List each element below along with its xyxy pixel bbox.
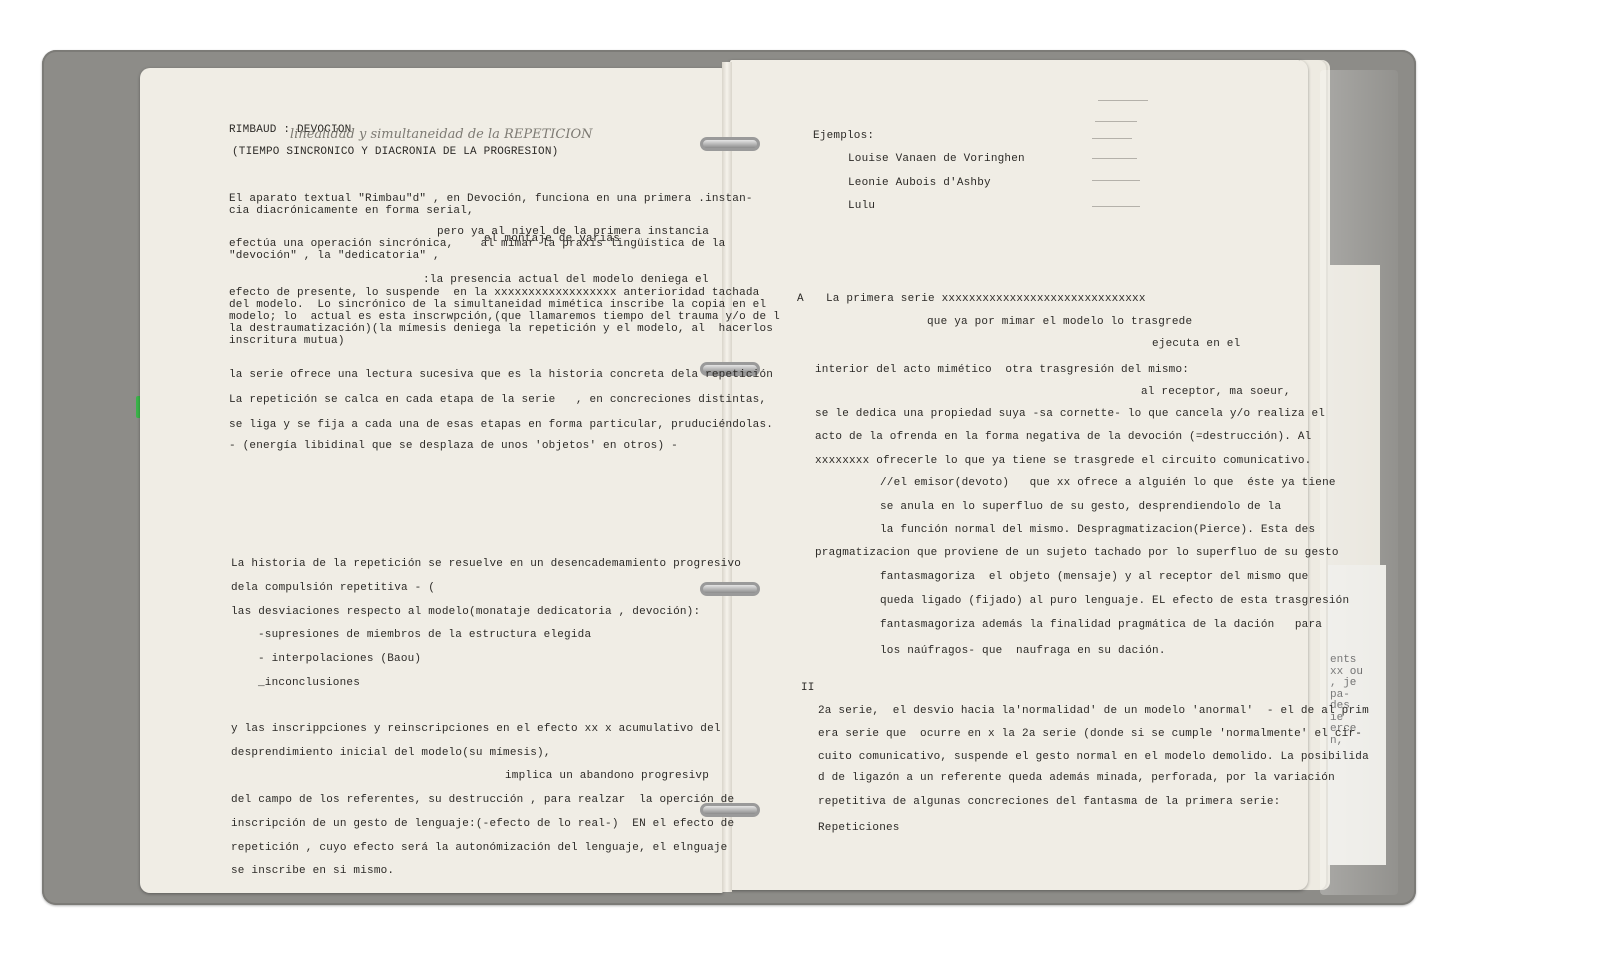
left-body-line: - (energía libidinal que se desplaza de … bbox=[229, 440, 678, 452]
section-a-line: los naúfragos- que naufraga en su dación… bbox=[880, 645, 1166, 657]
left-body-line: efecto de presente, lo suspende en la xx… bbox=[229, 287, 759, 299]
section-a-label: A bbox=[797, 293, 804, 305]
left-body-line: cia diacrónicamente en forma serial, bbox=[229, 205, 474, 217]
section-ii-line: 2a serie, el desvio hacia la'normalidad'… bbox=[818, 705, 1369, 717]
left-body-line: El aparato textual "Rimbau"d" , en Devoc… bbox=[229, 193, 753, 205]
examples-heading: Ejemplos: bbox=[813, 130, 874, 142]
section-a-line: se anula en lo superfluo de su gesto, de… bbox=[880, 501, 1281, 513]
left-body-line: las desviaciones respecto al modelo(mona… bbox=[231, 606, 700, 618]
section-a-line: que ya por mimar el modelo lo trasgrede bbox=[927, 316, 1192, 328]
left-body-line: implica un abandono progresivp bbox=[505, 770, 709, 782]
handwritten-annotation: linealidad y simultaneidad de la REPETIC… bbox=[290, 127, 593, 142]
left-body-line: dela compulsión repetitiva - ( bbox=[231, 582, 435, 594]
section-a-line: fantasmagoriza el objeto (mensaje) y al … bbox=[880, 571, 1308, 583]
left-body-line: el montaje de varias bbox=[484, 233, 620, 245]
binder-gutter bbox=[722, 62, 732, 892]
binder-ring bbox=[700, 582, 760, 596]
example-item: Lulu bbox=[848, 200, 875, 212]
left-body-line: se inscribe en si mismo. bbox=[231, 865, 394, 877]
left-body-line: la destraumatización)(la mímesis deniega… bbox=[229, 323, 773, 335]
section-a-line: pragmatizacion que proviene de un sujeto… bbox=[815, 547, 1339, 559]
section-a-line: se le dedica una propiedad suya -sa corn… bbox=[815, 408, 1325, 420]
section-a-line: xxxxxxxx ofrecerle lo que ya tiene se tr… bbox=[815, 455, 1311, 467]
binder-ring bbox=[700, 137, 760, 151]
section-a-line: interior del acto mimético otra trasgres… bbox=[815, 364, 1189, 376]
example-item: Louise Vanaen de Voringhen bbox=[848, 153, 1025, 165]
left-body-line: desprendimiento inicial del modelo(su mí… bbox=[231, 747, 551, 759]
section-a-line: al receptor, ma soeur, bbox=[1141, 386, 1291, 398]
section-a-line: La primera serie xxxxxxxxxxxxxxxxxxxxxxx… bbox=[826, 293, 1146, 305]
section-ii-line: repetitiva de algunas concreciones del f… bbox=[818, 796, 1280, 808]
left-body-line: :la presencia actual del modelo deniega … bbox=[423, 274, 709, 286]
left-body-line: del campo de los referentes, su destrucc… bbox=[231, 794, 734, 806]
left-body-line: -supresiones de miembros de la estructur… bbox=[258, 629, 591, 641]
left-body-line: se liga y se fija a cada una de esas eta… bbox=[229, 419, 773, 431]
section-ii-line: Repeticiones bbox=[818, 822, 900, 834]
left-body-line: _inconclusiones bbox=[258, 677, 360, 689]
left-body-line: la serie ofrece una lectura sucesiva que… bbox=[229, 369, 773, 381]
section-a-line: //el emisor(devoto) que xx ofrece a algu… bbox=[880, 477, 1336, 489]
left-body-line: - interpolaciones (Baou) bbox=[258, 653, 421, 665]
example-item: Leonie Aubois d'Ashby bbox=[848, 177, 991, 189]
left-body-line: inscritura mutua) bbox=[229, 335, 345, 347]
section-a-line: la función normal del mismo. Despragmati… bbox=[880, 524, 1315, 536]
right-page bbox=[730, 60, 1308, 890]
section-a-line: acto de la ofrenda en la forma negativa … bbox=[815, 431, 1311, 443]
section-ii-line: d de ligazón a un referente queda además… bbox=[818, 772, 1335, 784]
left-body-line: repetición , cuyo efecto será la autonóm… bbox=[231, 842, 727, 854]
left-body-line: La historia de la repetición se resuelve… bbox=[231, 558, 741, 570]
left-body-line: modelo; lo actual es esta inscrwpción,(q… bbox=[229, 311, 780, 323]
left-body-line: "devoción" , la "dedicatoria" , bbox=[229, 250, 440, 262]
section-ii-label: II bbox=[801, 682, 815, 694]
left-body-line: del modelo. Lo sincrónico de la simultan… bbox=[229, 299, 766, 311]
left-subtitle: (TIEMPO SINCRONICO Y DIACRONIA DE LA PRO… bbox=[232, 146, 558, 158]
left-body-line: y las inscrippciones y reinscripciones e… bbox=[231, 723, 721, 735]
left-body-line: La repetición se calca en cada etapa de … bbox=[229, 394, 766, 406]
section-ii-line: era serie que ocurre en x la 2a serie (d… bbox=[818, 728, 1362, 740]
section-a-line: fantasmagoriza además la finalidad pragm… bbox=[880, 619, 1322, 631]
section-ii-line: cuito comunicativo, suspende el gesto no… bbox=[818, 751, 1369, 763]
section-a-line: queda ligado (fijado) al puro lenguaje. … bbox=[880, 595, 1349, 607]
left-body-line: inscripción de un gesto de lenguaje:(-ef… bbox=[231, 818, 734, 830]
left-body-line: efectúa una operación sincrónica, al mim… bbox=[229, 238, 725, 250]
section-a-line: ejecuta en el bbox=[1152, 338, 1240, 350]
